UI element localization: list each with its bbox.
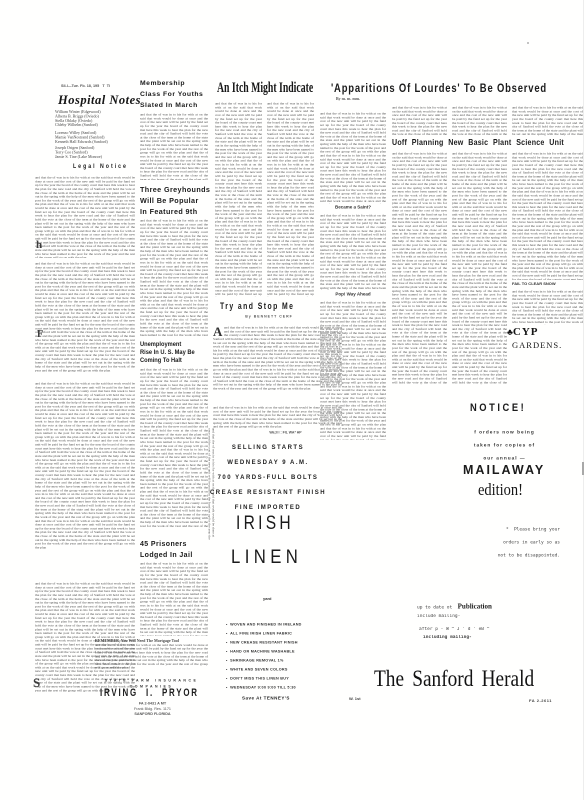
notice-note-lines: * Please bring your orders in early so a… [460, 523, 560, 563]
bullet-item: ALL FINE IRISH LINEN FABRIC [226, 629, 336, 638]
phone-number: FA 2-2611 [529, 699, 569, 706]
lourdes-byline: By m. m. mm. [336, 97, 396, 104]
footer-text: up to date ot [417, 605, 452, 610]
legal-notices-text: and that the of was in to his for with a… [35, 382, 135, 577]
notice-copy-lines: f orders now being taken for copies of o… [452, 426, 557, 466]
ad-copy-line: WEDNESDAY 9 A.M. [206, 456, 330, 471]
ad-copy-line: SELLING STARTS [206, 441, 330, 456]
patient-name: Kenneth Hall Edwards (Sanford) [55, 140, 150, 144]
page-edge-mark [582, 462, 584, 475]
cyp-name: CYP [513, 326, 539, 338]
street-label: W. 1st [349, 697, 379, 704]
headline-line: In Featured 9th [140, 207, 210, 218]
itch-article-col-right: and that the of was in to his for with a… [267, 102, 314, 297]
unemployment-article-text: and that the of was in to his for with a… [140, 368, 208, 527]
membership-article-text: and that the of was in to his for with a… [140, 113, 208, 180]
headline-line: Slated In March [140, 101, 203, 112]
headline-line: Class For Youths [140, 90, 203, 101]
publication-word: Publication [458, 603, 492, 611]
legal-dropcap: h [36, 240, 42, 251]
cerf-story-text: Aand that the of was in to his for with … [213, 326, 342, 405]
cyp-gardens-word: GARDENS. [512, 340, 562, 350]
notice-line: taken for copies of [452, 439, 557, 452]
snow-subhead: FAIL TO CLEAR SNOW [512, 282, 583, 289]
headline-line: Will Be Popular [140, 196, 210, 207]
headline-line: Membership [140, 79, 203, 90]
scan-speck [527, 42, 529, 44]
notice-line: f orders now being [452, 426, 557, 439]
page-dateline: Sll-l—Tue. Fb. 18, 195 T Tl [38, 84, 133, 92]
headline-line: Three Greyhounds [140, 185, 210, 196]
patient-name: Jamie S. Tine (Lake Monroe) [55, 155, 150, 159]
note-line: orders in early so as [460, 536, 560, 549]
cerf-story-text-2: and that the of was in to his for with a… [213, 406, 342, 428]
hospital-notes-headline: Hospital Notes [58, 93, 141, 108]
sanford-herald-masthead: The Sanford Herald [374, 666, 534, 692]
lourdes-body-col-3: and that the of was in to his for with a… [512, 106, 583, 136]
bullet-item: WHITE AND SEVEN COLORS [226, 665, 336, 674]
membership-class-headline: Membership Class For Youths Slated In Ma… [140, 79, 203, 111]
linen-unit-label: yard [263, 597, 293, 604]
ad-copy-line: 700 YARDS-FULL BOLTS [206, 471, 330, 486]
uoff-body-col-2: and that the of was in to his for with a… [452, 152, 507, 385]
lourdes-subhead-saint: Became a Saint? [320, 205, 386, 214]
linen-product-word: LINEN [231, 547, 302, 569]
include-mailing-line: include mailing- [417, 614, 517, 621]
greyhounds-article-text: and that the of was in to his for with a… [140, 219, 208, 336]
mailaway-brand: MAILAWAY [463, 463, 545, 477]
hospital-notes-patient-list: Lorenzo Willey (Sanford) Mamie VanNostra… [55, 131, 150, 145]
legal-notices-text: and that the of was in to his for with a… [35, 262, 135, 378]
ad-copy-line: CREASE RESISTANT FINISH [206, 486, 330, 501]
uoff-body-col-1: and that the of was in to his for with a… [392, 152, 447, 385]
lourdes-body-col-1: and that the of was in to his for with a… [392, 106, 447, 136]
linen-bullet-list: WOVEN AND FINISHED IN IRELAND ALL FINE I… [226, 620, 336, 696]
bullet-item: WEDNESDAY 9:00 9:00 TILL 5:30 [226, 683, 336, 692]
ad-teaser-line: Wa;ll l : FIL WA* HP [238, 431, 333, 438]
headline-line: Unemployment [140, 341, 195, 349]
edition-word: edition! [478, 480, 523, 500]
legal-notices-text: and that the of was in to his for with a… [35, 176, 135, 258]
hospital-notes-patient-list: William Winter (Edgewood) Alberta B. Bri… [55, 110, 150, 128]
bullet-item: SHRINKAGE REMOVAL 1% [226, 656, 336, 665]
lourdes-jump-text: and that the of was in to his for with a… [320, 214, 386, 290]
hospital-notes-patient-list: Joseph Origen (Sanford) Terry Coo (Sanfo… [55, 146, 150, 160]
irish-product-word: IRISH [236, 513, 294, 535]
tenneys-store-line: Save At TENNEY'S [242, 696, 342, 703]
itch-article-col-left: and that the of was in to his for with a… [215, 102, 262, 297]
patient-name: Chleby Wilhelm (Sanford) [55, 123, 150, 127]
irving-pryor-name: IRVING I. PRYOR [100, 687, 199, 699]
greyhounds-headline: Three Greyhounds Will Be Popular In Feat… [140, 185, 210, 217]
lourdes-subhead-pop: Pop! Way Ahead [320, 292, 386, 301]
bullet-item: HAND OR MACHINE WASHABLE [226, 647, 336, 656]
legal-notice-headline: Legal Notice [73, 163, 128, 170]
after-line: after p - W ^ J ' d ' eB ^ [419, 627, 549, 634]
bullet-item: WOVEN AND FINISHED IN IRELAND [226, 620, 336, 629]
note-line: * Please bring your [460, 523, 560, 536]
lourdes-headline: 'Apparitions Of Lourdes' To Be Observed [331, 83, 547, 95]
lourdes-jump-text: and that the of was in to his for with a… [320, 112, 386, 204]
legal-dropcap: S [33, 676, 40, 689]
headline-line: Rise In U. S. May Be [140, 349, 195, 357]
cerf-byline: By BENNETT CERF [219, 315, 319, 322]
lourdes-body-col-2: and that the of was in to his for with a… [452, 106, 507, 136]
uoff-body-col-3: and that the of was in to his for with a… [512, 152, 583, 280]
unemployment-headline: Unemployment Rise In U. S. May Be Coming… [140, 341, 195, 366]
newspaper-page: Sll-l—Tue. Fb. 18, 195 T Tl Hospital Not… [0, 0, 586, 800]
story-body: and that the of was in to his for with a… [213, 326, 342, 391]
note-line: not to be disappointed. [460, 549, 560, 562]
linen-ad-copy-lines: SELLING STARTS WEDNESDAY 9 A.M. 700 YARD… [206, 441, 330, 516]
prisoners-article-text: and that the of was in to his for with a… [140, 562, 208, 636]
cyp-gardens-logo: ♣CYP GARDENS. [507, 322, 562, 350]
headline-line: 45 Prisoners [140, 539, 193, 550]
page-edge-line [583, 0, 584, 800]
uoff-headline: Uoff Planning New Basic Plant Science Un… [392, 137, 564, 147]
legal-dropcap: F [37, 330, 43, 340]
mortgage-ad-text: REMEMBER, You Will Need The Mortgage Too… [95, 639, 208, 678]
prisoners-headline: 45 Prisoners Lodged In Jail [140, 539, 193, 561]
headline-line: Lodged In Jail [140, 550, 193, 561]
try-and-stop-me-headline: Try and Stop Me [220, 301, 294, 312]
headline-line: Coming To Halt [140, 357, 195, 365]
mortgage-ad-body: and that the of was in to his for with a… [95, 643, 208, 670]
story-dropcap: A [213, 327, 222, 338]
including-mailing-line: including mailing- [423, 635, 523, 642]
snow-body-text: and that the of was in to his for with a… [512, 290, 583, 325]
address-line: SANFORD FLORIDA [105, 712, 200, 717]
notice-title: NOTICE! [470, 402, 526, 414]
publication-footer-line: up to date ot Publication [417, 603, 547, 611]
bullet-item: NEW CREASE RESISTANT FINISH [226, 638, 336, 647]
bullet-item: DON'T MISS THIS LINEN BUY [226, 674, 336, 683]
pryor-address-lines: FA 2-0431 A MT Frank Bldg. Res. 1171 SAN… [105, 701, 200, 719]
itch-headline: An Itch Might Indicate [217, 80, 313, 97]
